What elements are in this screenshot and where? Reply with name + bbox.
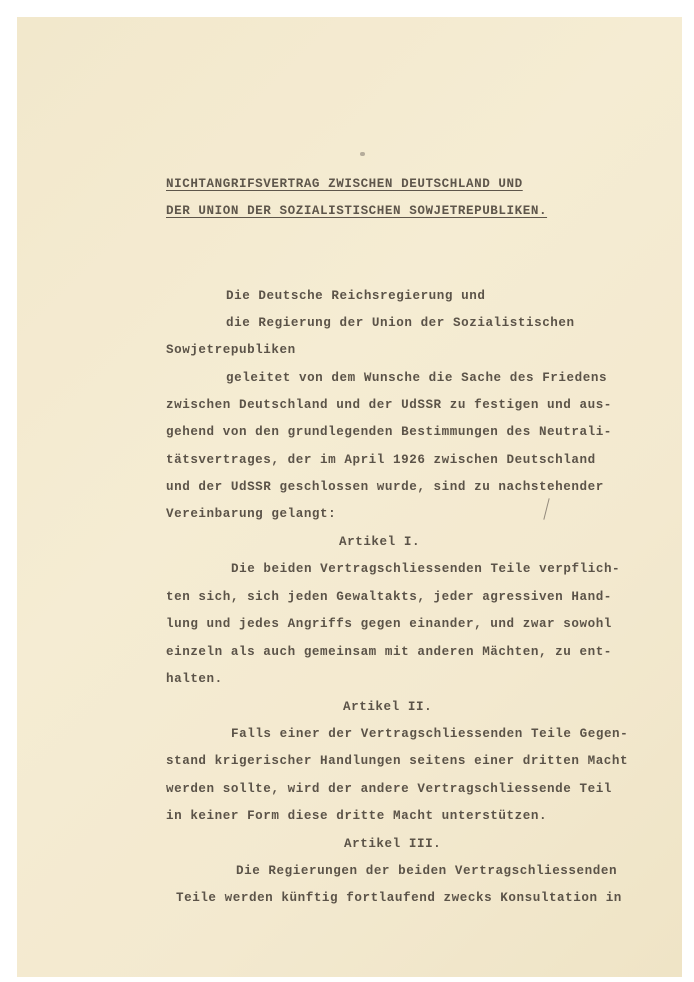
article-line: ten sich, sich jeden Gewaltakts, jeder a… (166, 589, 612, 605)
article-line: Die beiden Vertragschliessenden Teile ve… (231, 561, 620, 577)
article-heading: Artikel III. (344, 836, 441, 852)
article-heading: Artikel II. (343, 699, 432, 715)
preamble-line: Die Deutsche Reichsregierung und (226, 288, 485, 304)
preamble-line: geleitet von dem Wunsche die Sache des F… (226, 370, 607, 386)
preamble-line: Vereinbarung gelangt: (166, 506, 336, 522)
ink-mark (360, 152, 365, 156)
article-line: in keiner Form diese dritte Macht unters… (166, 808, 547, 824)
article-line: werden sollte, wird der andere Vertragsc… (166, 781, 612, 797)
typewritten-page (17, 17, 682, 977)
preamble-line: die Regierung der Union der Sozialistisc… (226, 315, 575, 331)
article-line: halten. (166, 671, 223, 687)
article-line: Die Regierungen der beiden Vertragschlie… (236, 863, 617, 879)
article-line: stand krigerischer Handlungen seitens ei… (166, 753, 628, 769)
article-heading: Artikel I. (339, 534, 420, 550)
article-line: lung und jedes Angriffs gegen einander, … (166, 616, 612, 632)
article-line: Teile werden künftig fortlaufend zwecks … (176, 890, 622, 906)
preamble-line: tätsvertrages, der im April 1926 zwische… (166, 452, 596, 468)
document-title-line-1: NICHTANGRIFSVERTRAG ZWISCHEN DEUTSCHLAND… (166, 176, 523, 192)
article-line: einzeln als auch gemeinsam mit anderen M… (166, 644, 612, 660)
document-title-line-2: DER UNION DER SOZIALISTISCHEN SOWJETREPU… (166, 203, 547, 219)
preamble-line: zwischen Deutschland und der UdSSR zu fe… (166, 397, 612, 413)
preamble-line: und der UdSSR geschlossen wurde, sind zu… (166, 479, 604, 495)
preamble-line: gehend von den grundlegenden Bestimmunge… (166, 424, 612, 440)
article-line: Falls einer der Vertragschliessenden Tei… (231, 726, 628, 742)
preamble-line: Sowjetrepubliken (166, 342, 296, 358)
